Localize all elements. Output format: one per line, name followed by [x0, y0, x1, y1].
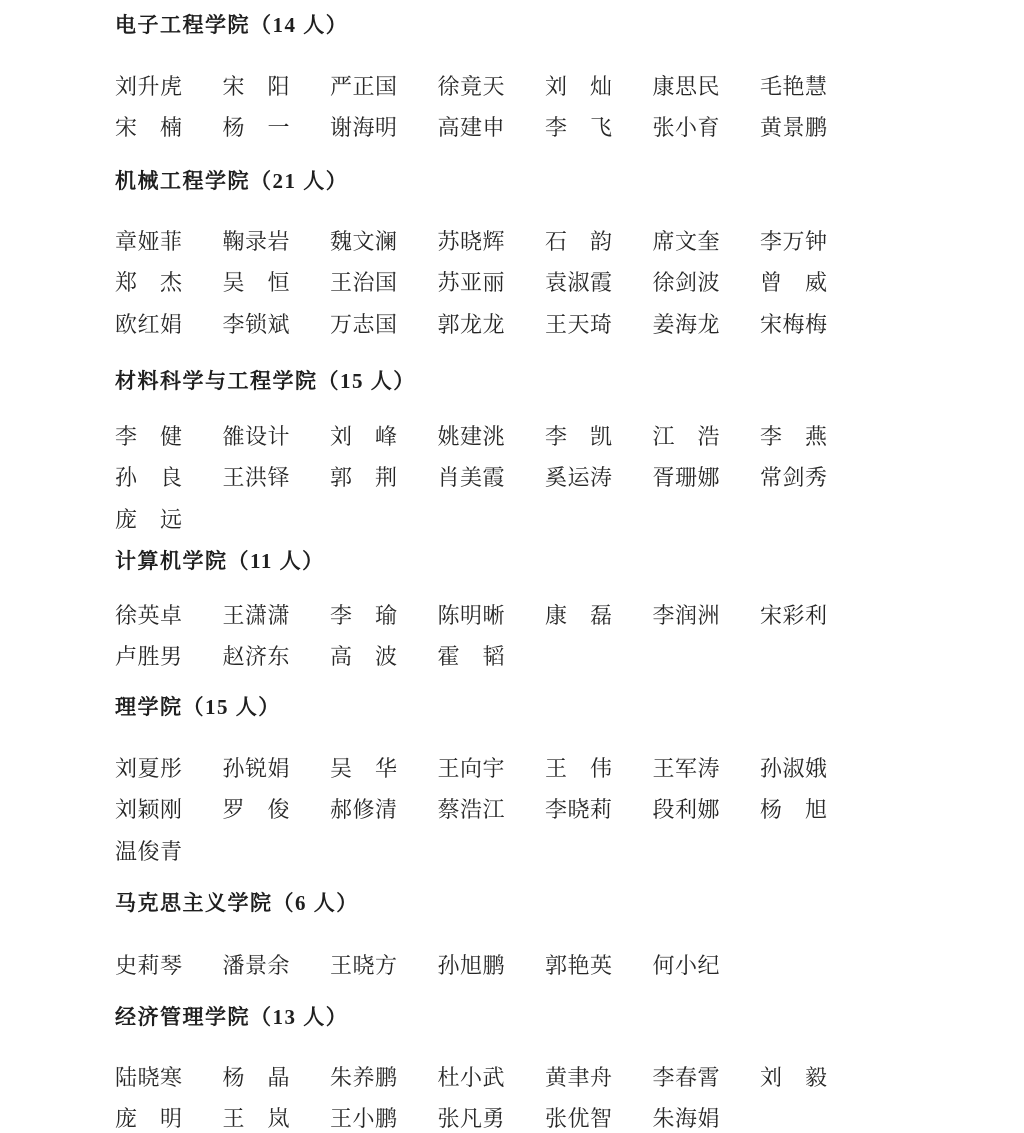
person-name: 李润洲	[653, 601, 761, 631]
section-computer-science: 计算机学院（11 人） 徐英卓王潇潇李 瑜陈明晰康 磊李润洲宋彩利卢胜男赵济东高…	[115, 546, 890, 678]
person-name: 王治国	[330, 268, 438, 298]
person-name: 史莉琴	[115, 951, 223, 981]
person-name: 万志国	[330, 310, 438, 340]
section-title: 电子工程学院（14 人）	[115, 10, 890, 40]
person-name: 刘颖刚	[115, 795, 223, 825]
person-name: 宋梅梅	[760, 310, 868, 340]
person-name: 高 波	[330, 642, 438, 672]
person-name: 毛艳慧	[760, 72, 868, 102]
name-row: 陆晓寒杨 晶朱养鹏杜小武黄聿舟李春霄刘 毅	[115, 1057, 890, 1099]
person-name: 王向宇	[438, 754, 546, 784]
person-name: 孙锐娟	[223, 754, 331, 784]
name-row: 徐英卓王潇潇李 瑜陈明晰康 磊李润洲宋彩利	[115, 595, 890, 637]
person-name: 蔡浩江	[438, 795, 546, 825]
name-grid: 徐英卓王潇潇李 瑜陈明晰康 磊李润洲宋彩利卢胜男赵济东高 波霍 韬	[115, 595, 890, 678]
name-row: 章娅菲鞠录岩魏文澜苏晓辉石 韵席文奎李万钟	[115, 221, 890, 263]
person-name: 孙 良	[115, 463, 223, 493]
name-grid: 史莉琴潘景余王晓方孙旭鹏郭艳英何小纪	[115, 945, 890, 987]
person-name: 刘 灿	[545, 72, 653, 102]
person-name: 孙旭鹏	[438, 951, 546, 981]
person-name: 王军涛	[653, 754, 761, 784]
section-science: 理学院（15 人） 刘夏彤孙锐娟吴 华王向宇王 伟王军涛孙淑娥刘颖刚罗 俊郝修清…	[115, 692, 890, 873]
person-name: 徐英卓	[115, 601, 223, 631]
person-name: 朱养鹏	[330, 1063, 438, 1093]
person-name: 江 浩	[653, 422, 761, 452]
name-row: 庞 明王 岚王小鹏张凡勇张优智朱海娟	[115, 1099, 890, 1133]
name-row: 宋 楠杨 一谢海明高建申李 飞张小育黄景鹏	[115, 108, 890, 150]
name-grid: 刘升虎宋 阳严正国徐竟天刘 灿康思民毛艳慧宋 楠杨 一谢海明高建申李 飞张小育黄…	[115, 66, 890, 149]
person-name: 庞 远	[115, 505, 223, 535]
person-name: 席文奎	[653, 227, 761, 257]
person-name: 徐剑波	[653, 268, 761, 298]
person-name: 黄景鹏	[760, 113, 868, 143]
person-name: 孙淑娥	[760, 754, 868, 784]
person-name: 曾 威	[760, 268, 868, 298]
person-name: 郭艳英	[545, 951, 653, 981]
person-name: 李 飞	[545, 113, 653, 143]
name-row: 李 健雒设计刘 峰姚建洮李 凯江 浩李 燕	[115, 416, 890, 458]
person-name: 王洪铎	[223, 463, 331, 493]
person-name: 张优智	[545, 1104, 653, 1133]
person-name: 张小育	[653, 113, 761, 143]
person-name: 王潇潇	[223, 601, 331, 631]
name-row: 刘颖刚罗 俊郝修清蔡浩江李晓莉段利娜杨 旭	[115, 790, 890, 832]
person-name: 李 健	[115, 422, 223, 452]
person-name: 康思民	[653, 72, 761, 102]
name-grid: 章娅菲鞠录岩魏文澜苏晓辉石 韵席文奎李万钟郑 杰吴 恒王治国苏亚丽袁淑霞徐剑波曾…	[115, 221, 890, 346]
person-name: 常剑秀	[760, 463, 868, 493]
person-name: 李 凯	[545, 422, 653, 452]
person-name: 李锁斌	[223, 310, 331, 340]
person-name: 杨 晶	[223, 1063, 331, 1093]
section-electronic-engineering: 电子工程学院（14 人） 刘升虎宋 阳严正国徐竟天刘 灿康思民毛艳慧宋 楠杨 一…	[115, 10, 890, 149]
person-name: 郭龙龙	[438, 310, 546, 340]
person-name: 苏晓辉	[438, 227, 546, 257]
person-name: 王天琦	[545, 310, 653, 340]
person-name: 温俊青	[115, 837, 223, 867]
section-marxism: 马克思主义学院（6 人） 史莉琴潘景余王晓方孙旭鹏郭艳英何小纪	[115, 888, 890, 987]
person-name: 徐竟天	[438, 72, 546, 102]
person-name: 袁淑霞	[545, 268, 653, 298]
person-name: 刘 峰	[330, 422, 438, 452]
person-name: 杨 一	[223, 113, 331, 143]
person-name: 张凡勇	[438, 1104, 546, 1133]
person-name: 段利娜	[653, 795, 761, 825]
person-name: 魏文澜	[330, 227, 438, 257]
person-name: 刘夏彤	[115, 754, 223, 784]
person-name: 雒设计	[223, 422, 331, 452]
section-title: 马克思主义学院（6 人）	[115, 888, 890, 918]
person-name: 王 岚	[223, 1104, 331, 1133]
name-grid: 李 健雒设计刘 峰姚建洮李 凯江 浩李 燕孙 良王洪铎郭 荆肖美霞奚运涛胥珊娜常…	[115, 416, 890, 541]
person-name: 李晓莉	[545, 795, 653, 825]
name-grid: 刘夏彤孙锐娟吴 华王向宇王 伟王军涛孙淑娥刘颖刚罗 俊郝修清蔡浩江李晓莉段利娜杨…	[115, 748, 890, 873]
person-name: 肖美霞	[438, 463, 546, 493]
name-row: 庞 远	[115, 499, 890, 541]
person-name: 李春霄	[653, 1063, 761, 1093]
person-name: 何小纪	[653, 951, 761, 981]
person-name: 李 燕	[760, 422, 868, 452]
person-name: 陆晓寒	[115, 1063, 223, 1093]
person-name: 霍 韬	[438, 642, 546, 672]
name-row: 孙 良王洪铎郭 荆肖美霞奚运涛胥珊娜常剑秀	[115, 458, 890, 500]
person-name: 郝修清	[330, 795, 438, 825]
person-name: 康 磊	[545, 601, 653, 631]
person-name: 王晓方	[330, 951, 438, 981]
name-row: 温俊青	[115, 831, 890, 873]
section-title: 材料科学与工程学院（15 人）	[115, 366, 890, 396]
person-name: 郑 杰	[115, 268, 223, 298]
section-title: 经济管理学院（13 人）	[115, 1002, 890, 1032]
person-name: 宋 楠	[115, 113, 223, 143]
document-page: 电子工程学院（14 人） 刘升虎宋 阳严正国徐竟天刘 灿康思民毛艳慧宋 楠杨 一…	[0, 0, 1024, 1133]
person-name: 胥珊娜	[653, 463, 761, 493]
person-name: 王小鹏	[330, 1104, 438, 1133]
person-name: 卢胜男	[115, 642, 223, 672]
person-name: 杜小武	[438, 1063, 546, 1093]
person-name: 宋彩利	[760, 601, 868, 631]
name-row: 刘夏彤孙锐娟吴 华王向宇王 伟王军涛孙淑娥	[115, 748, 890, 790]
section-materials-science: 材料科学与工程学院（15 人） 李 健雒设计刘 峰姚建洮李 凯江 浩李 燕孙 良…	[115, 366, 890, 541]
section-title: 机械工程学院（21 人）	[115, 166, 890, 196]
person-name: 罗 俊	[223, 795, 331, 825]
section-economics-management: 经济管理学院（13 人） 陆晓寒杨 晶朱养鹏杜小武黄聿舟李春霄刘 毅庞 明王 岚…	[115, 1002, 890, 1133]
name-row: 刘升虎宋 阳严正国徐竟天刘 灿康思民毛艳慧	[115, 66, 890, 108]
person-name: 吴 华	[330, 754, 438, 784]
person-name: 姚建洮	[438, 422, 546, 452]
person-name: 石 韵	[545, 227, 653, 257]
name-row: 郑 杰吴 恒王治国苏亚丽袁淑霞徐剑波曾 威	[115, 263, 890, 305]
person-name: 高建申	[438, 113, 546, 143]
person-name: 严正国	[330, 72, 438, 102]
section-title: 计算机学院（11 人）	[115, 546, 890, 576]
person-name: 李万钟	[760, 227, 868, 257]
person-name: 刘 毅	[760, 1063, 868, 1093]
person-name: 欧红娟	[115, 310, 223, 340]
person-name: 郭 荆	[330, 463, 438, 493]
person-name: 鞠录岩	[223, 227, 331, 257]
name-row: 卢胜男赵济东高 波霍 韬	[115, 637, 890, 679]
person-name: 杨 旭	[760, 795, 868, 825]
name-row: 欧红娟李锁斌万志国郭龙龙王天琦姜海龙宋梅梅	[115, 304, 890, 346]
person-name: 李 瑜	[330, 601, 438, 631]
person-name: 赵济东	[223, 642, 331, 672]
name-row: 史莉琴潘景余王晓方孙旭鹏郭艳英何小纪	[115, 945, 890, 987]
person-name: 谢海明	[330, 113, 438, 143]
person-name: 奚运涛	[545, 463, 653, 493]
person-name: 朱海娟	[653, 1104, 761, 1133]
person-name: 庞 明	[115, 1104, 223, 1133]
person-name: 潘景余	[223, 951, 331, 981]
person-name: 吴 恒	[223, 268, 331, 298]
name-grid: 陆晓寒杨 晶朱养鹏杜小武黄聿舟李春霄刘 毅庞 明王 岚王小鹏张凡勇张优智朱海娟	[115, 1057, 890, 1133]
person-name: 章娅菲	[115, 227, 223, 257]
person-name: 刘升虎	[115, 72, 223, 102]
person-name: 姜海龙	[653, 310, 761, 340]
section-title: 理学院（15 人）	[115, 692, 890, 722]
section-mechanical-engineering: 机械工程学院（21 人） 章娅菲鞠录岩魏文澜苏晓辉石 韵席文奎李万钟郑 杰吴 恒…	[115, 166, 890, 346]
person-name: 苏亚丽	[438, 268, 546, 298]
person-name: 黄聿舟	[545, 1063, 653, 1093]
person-name: 王 伟	[545, 754, 653, 784]
person-name: 陈明晰	[438, 601, 546, 631]
person-name: 宋 阳	[223, 72, 331, 102]
